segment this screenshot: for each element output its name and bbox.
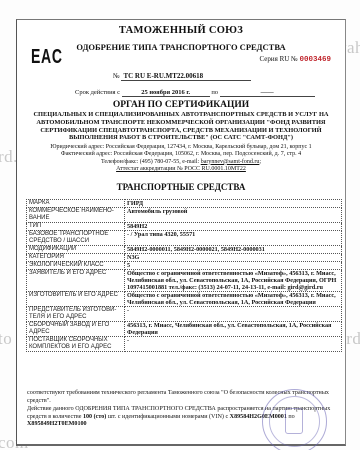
- table-row: КОММЕРЧЕСКОЕ НАИМЕНО-ВАНИЕАвтомобиль гру…: [27, 208, 342, 223]
- row-label: ПОСТАВЩИК СБОРОЧНЫХ КОМПЛЕКТОВ И ЕГО АДР…: [27, 337, 125, 352]
- row-value: Автомобиль грузовой: [125, 208, 342, 223]
- number-value: TC RU E-RU.MT22.00618: [121, 72, 251, 81]
- table-row: МОДИФИКАЦИИ5849Н2-0000011, 5849Н2-000002…: [27, 246, 342, 254]
- row-label: ЗАЯВИТЕЛЬ И ЕГО АДРЕС: [27, 270, 125, 292]
- stamp-emblem-icon: [285, 408, 303, 434]
- document-page: www.vahto rd.ru www.vah to www.gird. com…: [0, 0, 360, 450]
- table-row: СБОРОЧНЫЙ ЗАВОД И ЕГО АДРЕС456313, г. Ми…: [27, 322, 342, 337]
- row-label: КОММЕРЧЕСКОЕ НАИМЕНО-ВАНИЕ: [27, 208, 125, 223]
- table-row: ЭКОЛОГИЧЕСКИЙ КЛАСС5: [27, 262, 342, 270]
- eac-mark-icon: EAC: [31, 46, 63, 69]
- validity-from: 25 ноября 2016 г.: [122, 89, 210, 97]
- number-label: №: [113, 72, 120, 80]
- row-value: Общество с ограниченной ответственностью…: [125, 292, 342, 307]
- validity-label: Срок действия с: [75, 89, 120, 96]
- table-row: ИЗГОТОВИТЕЛЬ И ЕГО АДРЕСОбщество с огран…: [27, 292, 342, 307]
- organ-title: ОРГАН ПО СЕРТИФИКАЦИИ: [17, 100, 345, 110]
- contacts-phone: Телефон/факс: (495) 780-07-55, e-mail:: [101, 159, 201, 165]
- row-label: СБОРОЧНЫЙ ЗАВОД И ЕГО АДРЕС: [27, 322, 125, 337]
- series-label: Серия RU №: [260, 55, 298, 63]
- certificate-frame: ТАМОЖЕННЫЙ СОЮЗ ОДОБРЕНИЕ ТИПА ТРАНСПОРТ…: [16, 19, 346, 446]
- accreditation: Аттестат аккредитации № РОСС RU.0001.10М…: [23, 166, 339, 173]
- row-label: ТИП: [27, 223, 125, 231]
- row-value: -: [125, 307, 342, 322]
- row-label: КАТЕГОРИЯ: [27, 254, 125, 262]
- document-number: № TC RU E-RU.MT22.00618: [113, 72, 251, 81]
- row-value: ГИРД: [125, 200, 342, 208]
- organ-name: СПЕЦИАЛЬНЫХ И СПЕЦИАЛИЗИРОВАННЫХ АВТОТРА…: [23, 111, 339, 142]
- vin-to: X895849Н2Т0ЕМ0100: [27, 421, 87, 427]
- row-value: 5: [125, 262, 342, 270]
- organ-addresses: Юридический адрес: Российская Федерация,…: [23, 144, 339, 173]
- table-row: ПОСТАВЩИК СБОРОЧНЫХ КОМПЛЕКТОВ И ЕГО АДР…: [27, 337, 342, 352]
- table-row: ТИП5849Н2: [27, 223, 342, 231]
- batch-quantity: 100 (сто): [83, 414, 106, 420]
- table-row: ПРЕДСТАВИТЕЛЬ ИЗГОТОВИ-ТЕЛЯ И ЕГО АДРЕС-: [27, 307, 342, 322]
- row-label: МАРКА: [27, 200, 125, 208]
- row-value: Общество с ограниченной ответственностью…: [125, 270, 342, 292]
- email-link[interactable]: barynnev@samt-fond.ru: [201, 159, 260, 165]
- row-label: ЭКОЛОГИЧЕСКИЙ КЛАСС: [27, 262, 125, 270]
- actual-address: Фактический адрес: Российская Федерация,…: [23, 151, 339, 158]
- row-label: МОДИФИКАЦИИ: [27, 246, 125, 254]
- row-value: 456313, г. Миасс, Челябинская обл., ул. …: [125, 322, 342, 337]
- row-label: ПРЕДСТАВИТЕЛЬ ИЗГОТОВИ-ТЕЛЯ И ЕГО АДРЕС: [27, 307, 125, 322]
- validity-to: ——: [220, 89, 315, 97]
- table-row: КАТЕГОРИЯN3G: [27, 254, 342, 262]
- row-value: - / Урал типа 4320, 55571: [125, 231, 342, 246]
- row-label: БАЗОВОЕ ТРАНСПОРТНОЕ СРЕДСТВО / ШАССИ: [27, 231, 125, 246]
- table-row: ЗАЯВИТЕЛЬ И ЕГО АДРЕСОбщество с ограниче…: [27, 270, 342, 292]
- contacts: Телефон/факс: (495) 780-07-55, e-mail: b…: [23, 159, 339, 166]
- series-number: Серия RU № 0003469: [260, 55, 332, 64]
- row-value: N3G: [125, 254, 342, 262]
- union-heading: ТАМОЖЕННЫЙ СОЮЗ: [17, 25, 345, 36]
- row-value: -: [125, 337, 342, 352]
- vehicle-spec-table: МАРКАГИРД КОММЕРЧЕСКОЕ НАИМЕНО-ВАНИЕАвто…: [26, 199, 342, 352]
- validity-to-label: по: [211, 89, 218, 96]
- contacts-suffix: ;: [259, 159, 261, 165]
- watermark: to: [0, 329, 12, 349]
- official-stamp-icon: [262, 389, 327, 450]
- validity-period: Срок действия с 25 ноября 2016 г. по ——: [75, 89, 315, 97]
- table-row: БАЗОВОЕ ТРАНСПОРТНОЕ СРЕДСТВО / ШАССИ- /…: [27, 231, 342, 246]
- vehicles-title: ТРАНСПОРТНЫЕ СРЕДСТВА: [17, 182, 345, 192]
- series-value: 0003469: [299, 56, 331, 64]
- approval-heading: ОДОБРЕНИЕ ТИПА ТРАНСПОРТНОГО СРЕДСТВА: [17, 42, 345, 52]
- table-row: МАРКАГИРД: [27, 200, 342, 208]
- batch-text-end: шт. с идентификационными номерами (VIN) …: [106, 414, 229, 420]
- row-label: ИЗГОТОВИТЕЛЬ И ЕГО АДРЕС: [27, 292, 125, 307]
- row-value: 5849Н2: [125, 223, 342, 231]
- row-value: 5849Н2-0000011, 5849Н2-0000021, 5849Н2-0…: [125, 246, 342, 254]
